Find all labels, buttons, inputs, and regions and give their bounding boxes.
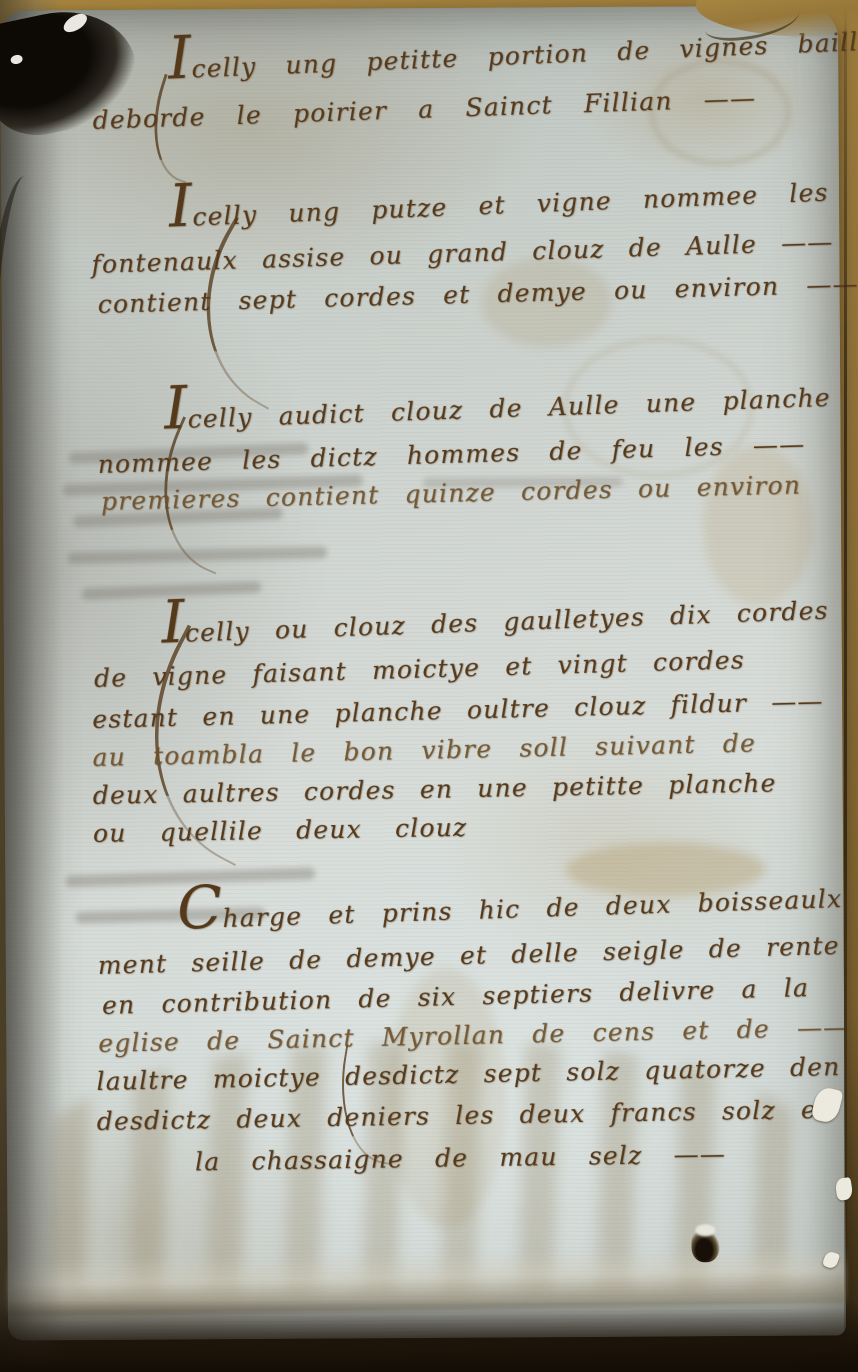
manuscript-photo: Icelly ung petitte portion de vignes bai…	[0, 0, 858, 1372]
handwritten-line: ou quellile deux clouz	[93, 813, 468, 849]
paper-fleck	[10, 54, 24, 65]
handwritten-line: Icelly ou clouz des gaulletyes dix corde…	[161, 596, 829, 650]
handwritten-line: estant en une planche oultre clouz fildu…	[92, 687, 824, 736]
handwritten-line: Icelly ung putze et vigne nommee les ——	[169, 174, 858, 233]
handwritten-line: Charge et prins hic de deux boisseaulx f…	[177, 882, 858, 936]
handwritten-line: de vigne faisant moictye et vingt cordes	[94, 645, 746, 694]
bleed-through-text	[67, 546, 327, 564]
page-edge-strip	[828, 0, 858, 1372]
handwritten-line: deux aultres cordes en une petitte planc…	[92, 768, 776, 811]
page-edge-line	[844, 0, 847, 1372]
handwritten-line: au toambla le bon vibre soll suivant de	[92, 729, 756, 773]
bottom-shadow	[0, 1300, 858, 1372]
paper-fleck	[61, 10, 90, 36]
manuscript-page: Icelly ung petitte portion de vignes bai…	[0, 5, 846, 1340]
wormhole	[691, 1230, 719, 1262]
handwritten-line: contient sept cordes et demye ou environ…	[97, 269, 858, 320]
